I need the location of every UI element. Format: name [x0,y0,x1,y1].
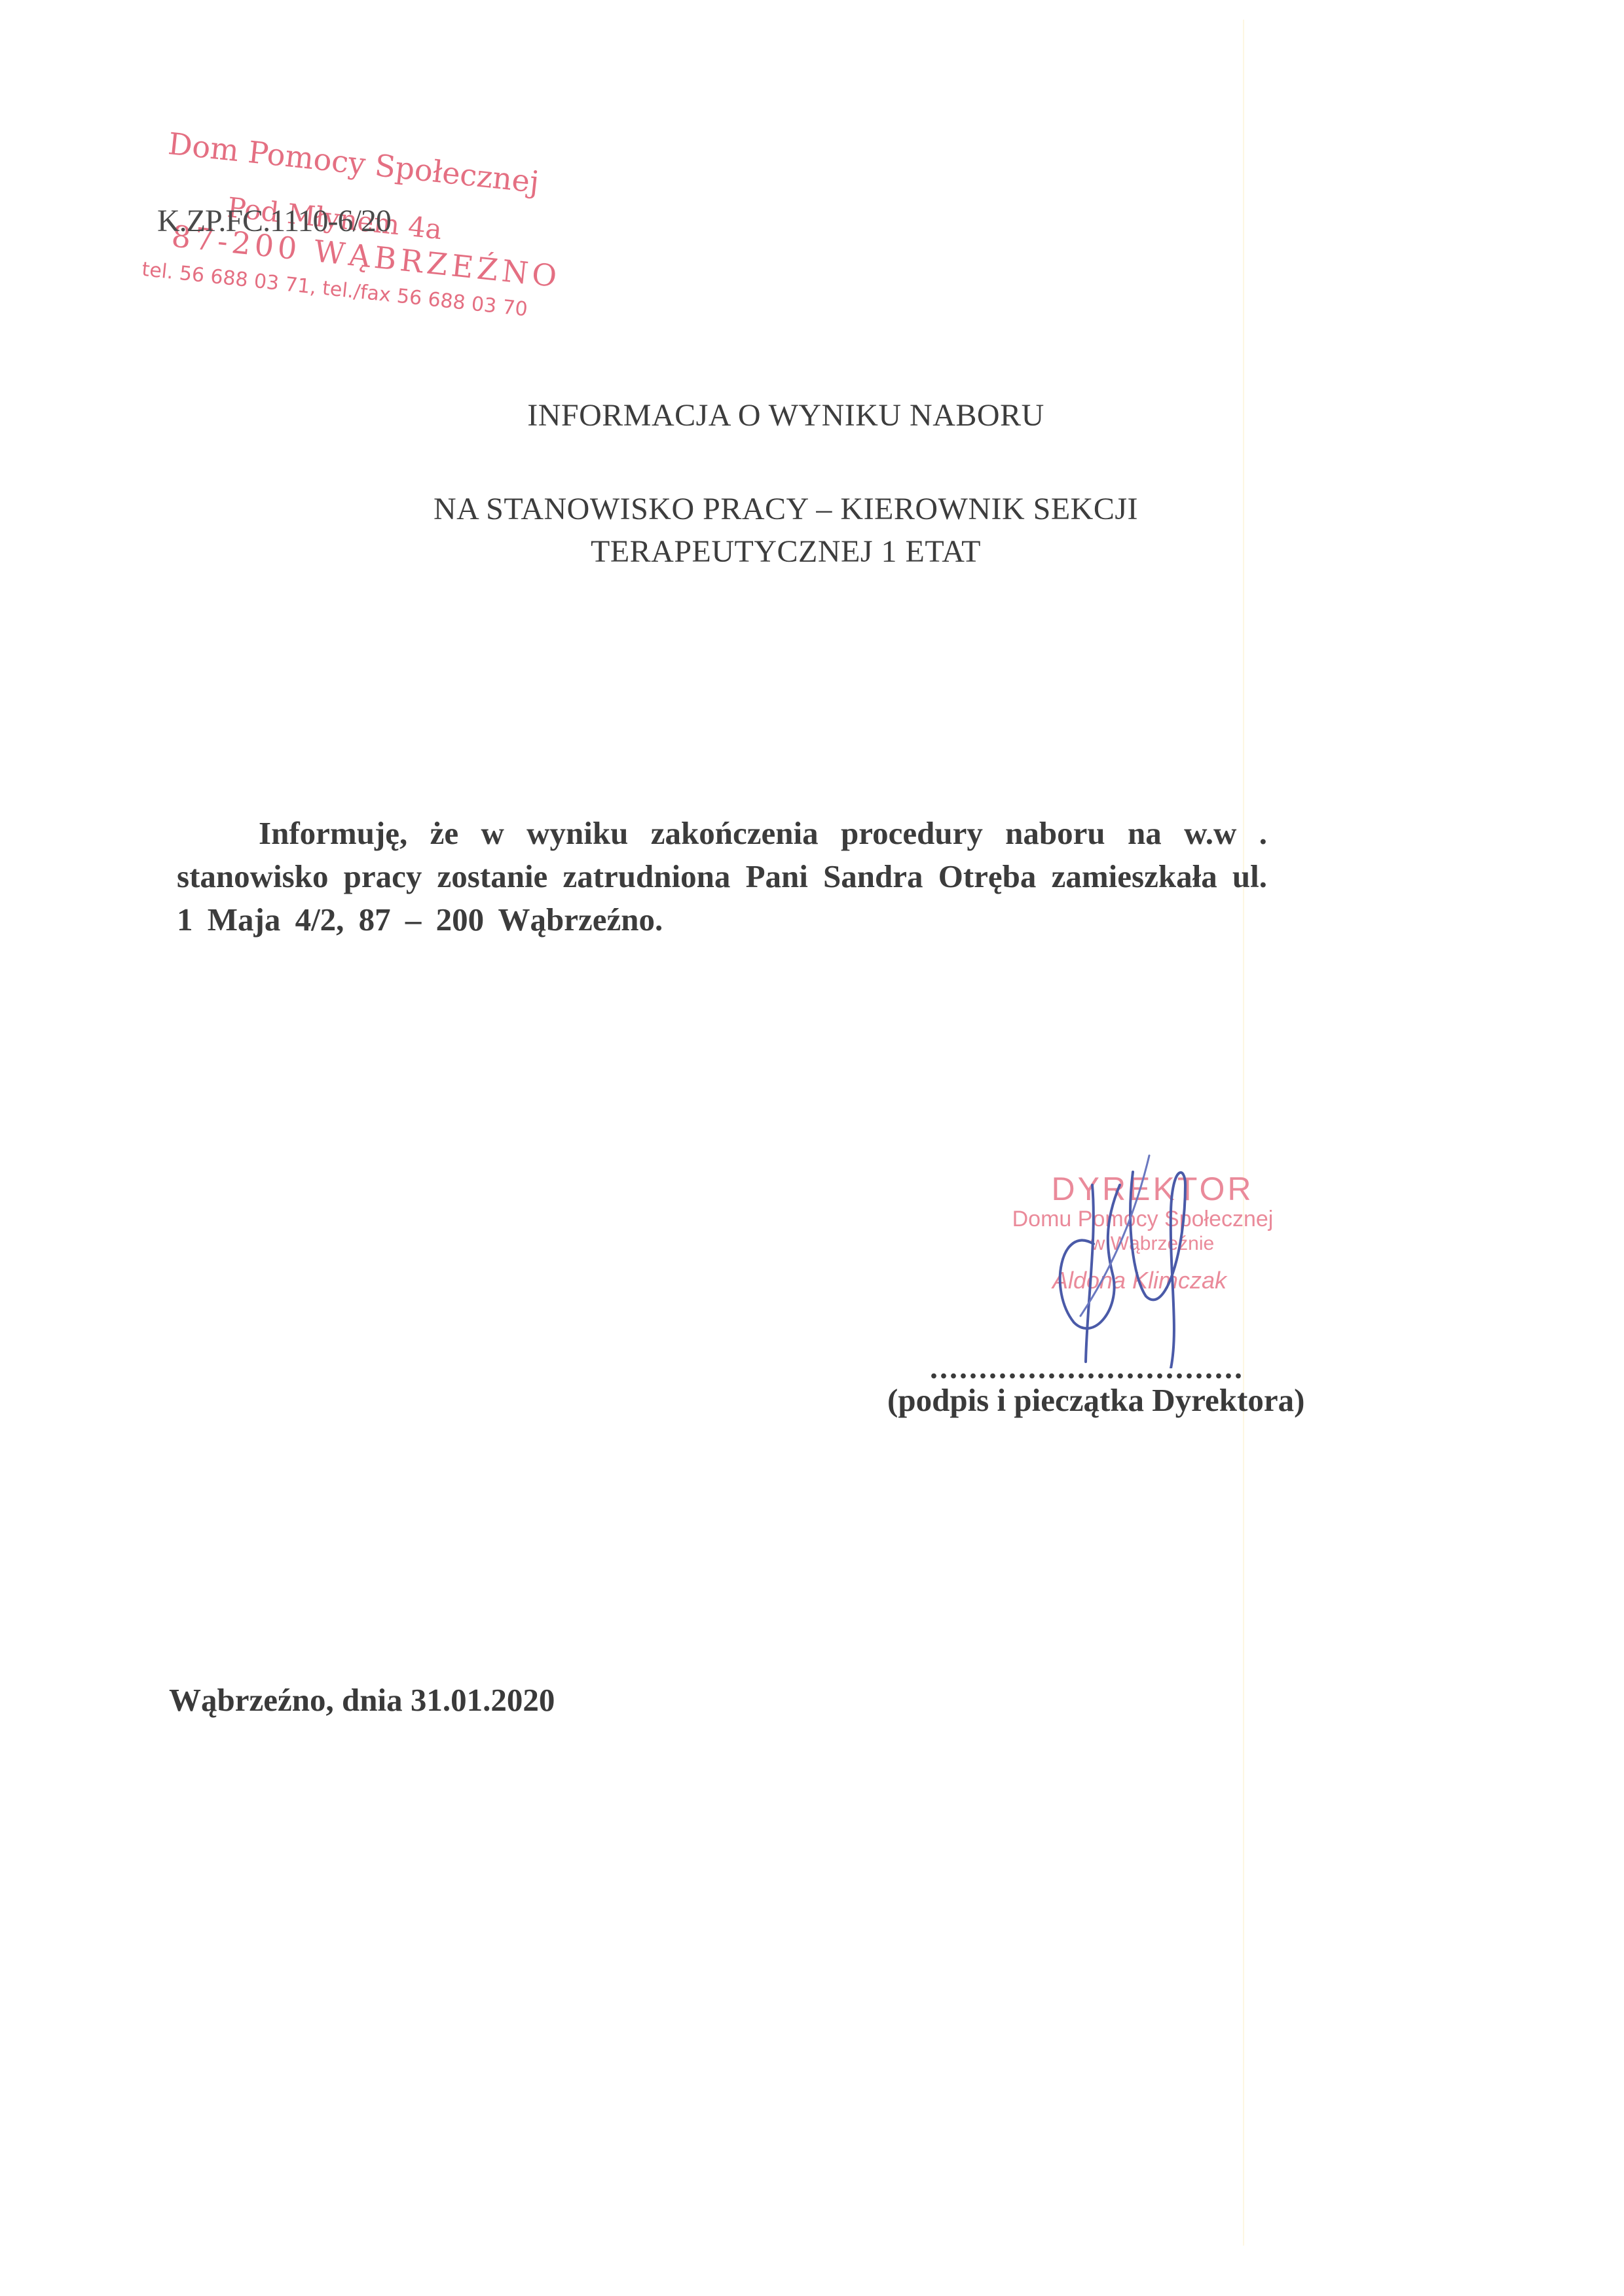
body-section: Informuję, że w wyniku zakończenia proce… [177,812,1267,941]
stamp-institution-name: Dom Pomocy Społecznej [166,126,541,200]
scan-artifact-line [1243,20,1244,2246]
body-paragraph: Informuję, że w wyniku zakończenia proce… [177,812,1267,941]
place-and-date: Wąbrzeźno, dnia 31.01.2020 [169,1681,555,1719]
signature-dotted-line: ................................ [930,1350,1244,1386]
institution-stamp: Dom Pomocy Społecznej Pod Młynem 4a 87-2… [137,124,548,361]
document-title: INFORMACJA O WYNIKU NABORU [0,397,1598,433]
signature-caption: (podpis i pieczątka Dyrektora) [887,1381,1304,1419]
reference-number: K.ZP.FC.1110-6/20 [157,203,391,239]
document-subtitle-line2: TERAPEUTYCZNEJ 1 ETAT [0,534,1598,570]
handwritten-signature-icon [1041,1146,1211,1368]
document-subtitle-line1: NA STANOWISKO PRACY – KIEROWNIK SEKCJI [0,491,1598,527]
